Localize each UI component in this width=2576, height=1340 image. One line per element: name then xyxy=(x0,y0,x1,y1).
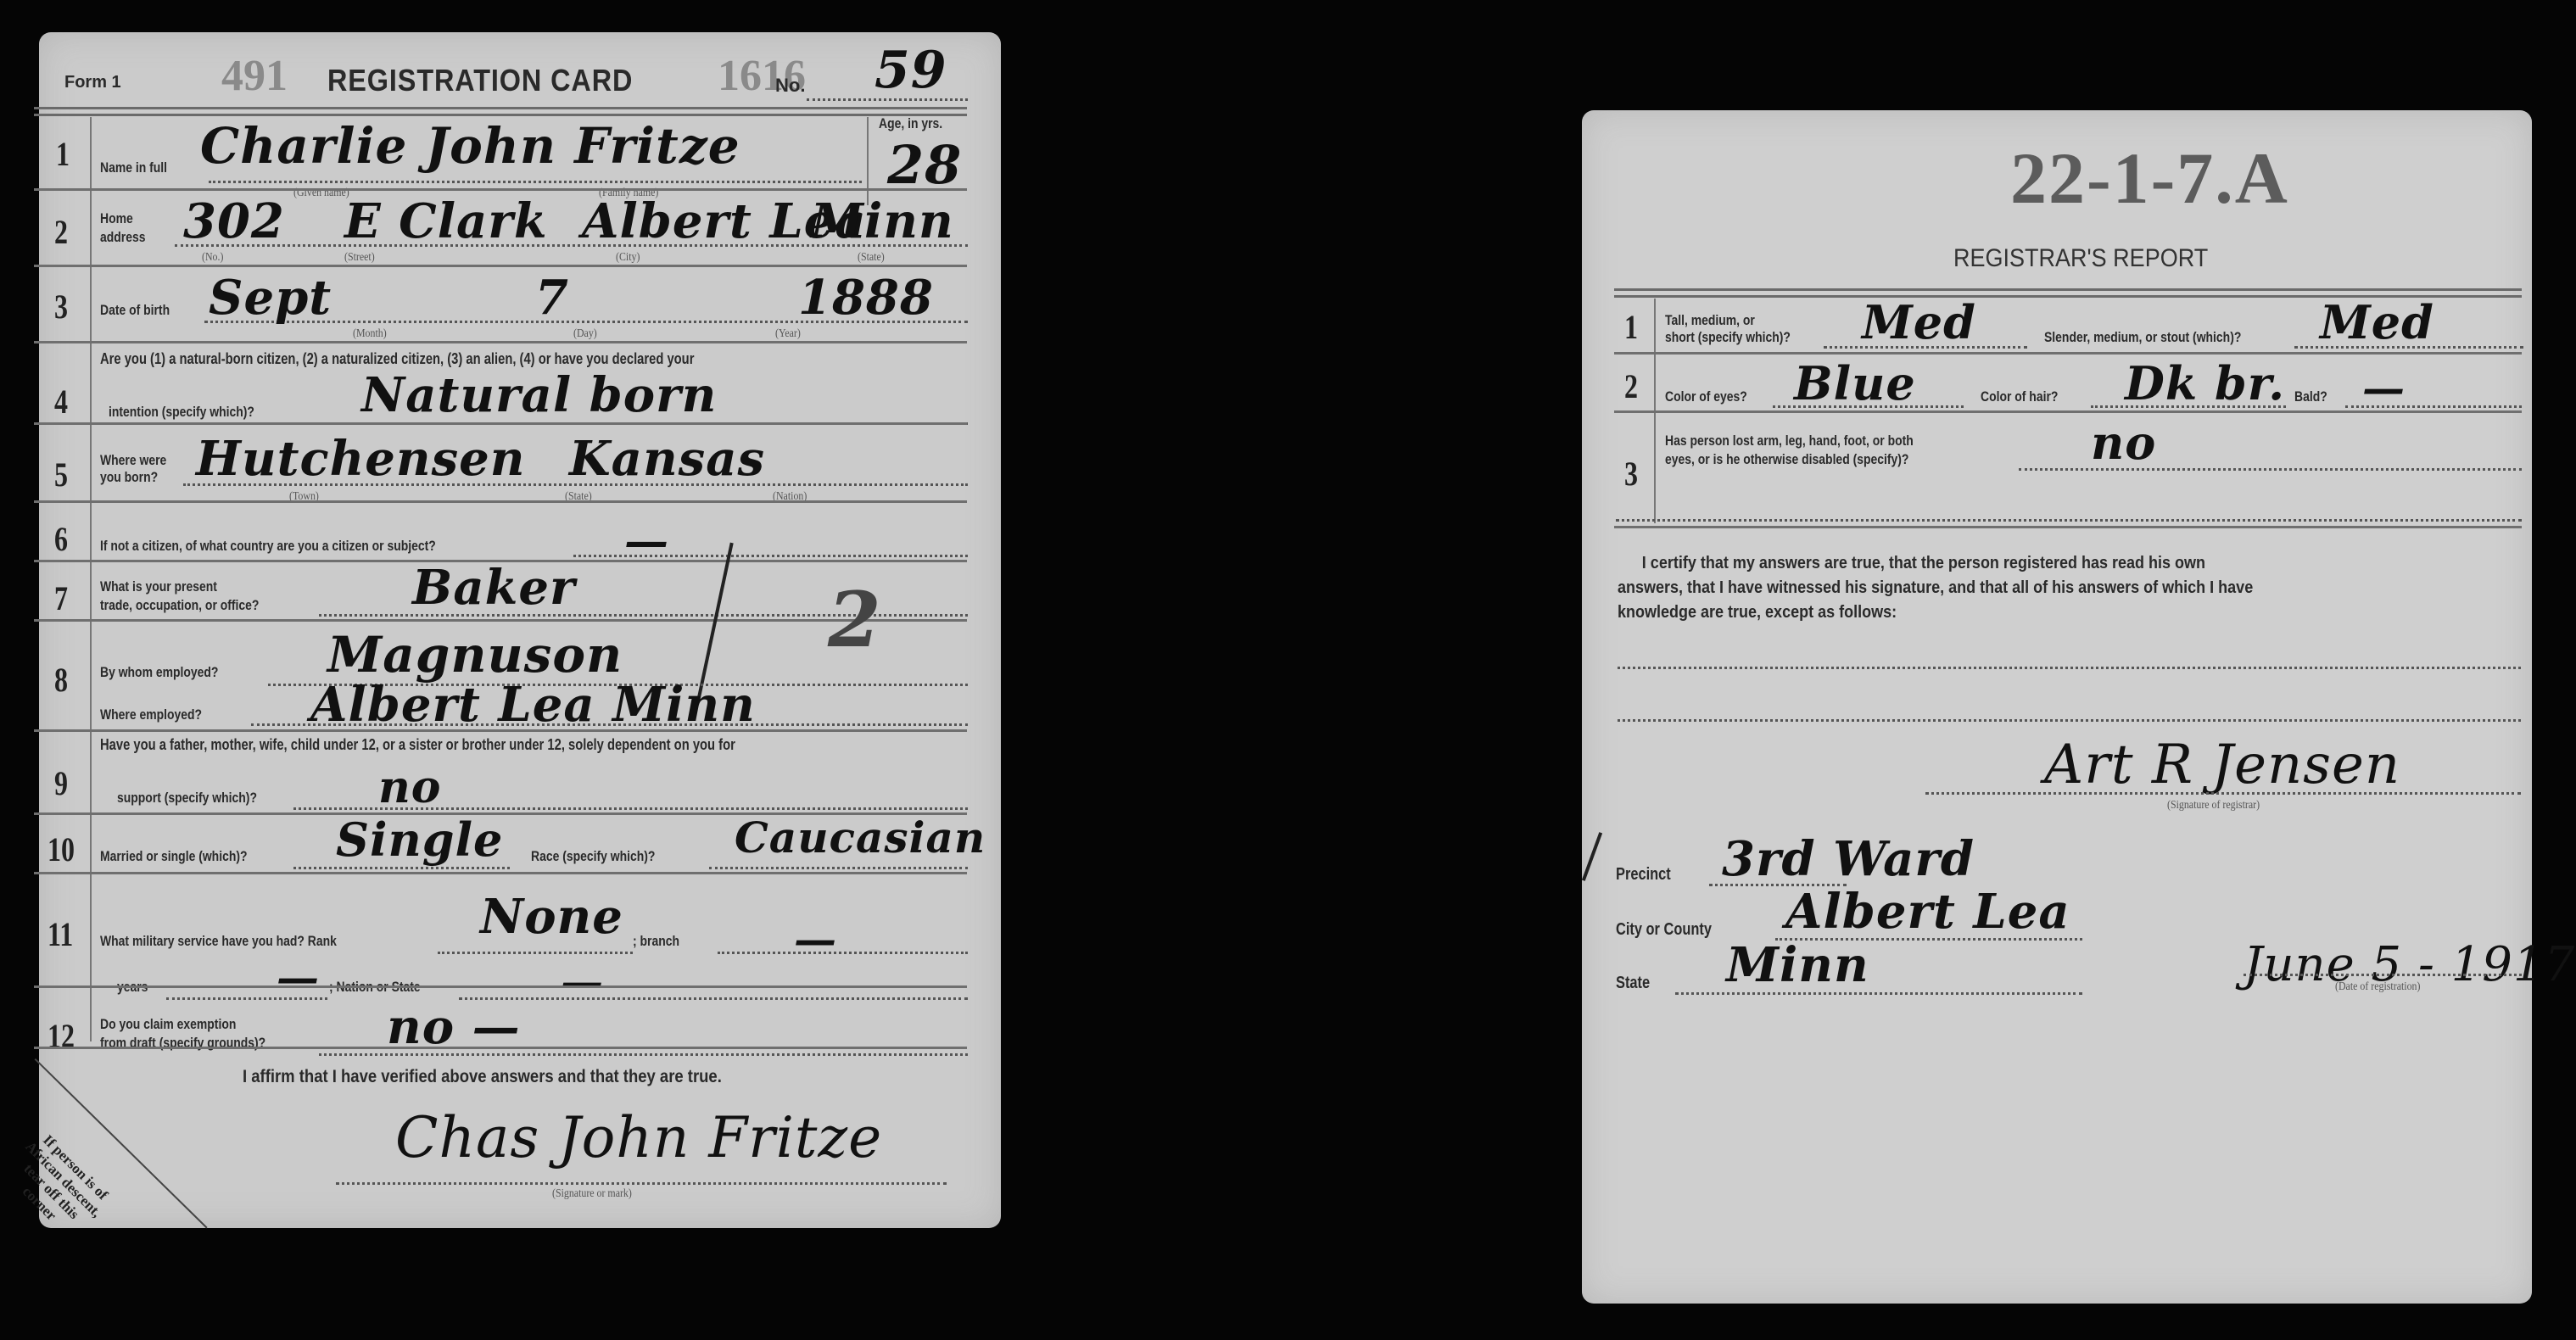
build-value: Med xyxy=(2320,295,2434,349)
row-number: 5 xyxy=(54,455,68,494)
month-caption: (Month) xyxy=(353,327,387,341)
form-label: Form 1 xyxy=(64,73,121,92)
hair-color-label: Color of hair? xyxy=(1981,388,2058,405)
registrar-signature: Art R Jensen xyxy=(2044,734,2400,796)
exemption-label-1: Do you claim exemption xyxy=(100,1016,236,1033)
height-label-1: Tall, medium, or xyxy=(1665,312,1755,329)
row-number: 11 xyxy=(47,914,73,954)
bald-value: — xyxy=(2362,363,2406,413)
country-label: If not a citizen, of what country are yo… xyxy=(100,538,436,555)
state-label: State xyxy=(1616,974,1650,993)
marital-status-value: Single xyxy=(336,812,503,867)
citizenship-intention-label: intention (specify which)? xyxy=(109,404,254,421)
disability-value: no xyxy=(2091,416,2156,470)
card-title: REGISTRATION CARD xyxy=(327,63,633,98)
dependents-question-label: Have you a father, mother, wife, child u… xyxy=(100,736,735,754)
address-street-value: E Clark xyxy=(344,193,548,249)
occupation-value: Baker xyxy=(412,560,576,616)
row-number: 3 xyxy=(1624,454,1638,494)
row-number: 6 xyxy=(54,519,68,559)
registrant-signature: Chas John Fritze xyxy=(395,1105,882,1170)
day-caption: (Day) xyxy=(573,327,597,341)
row-number: 1 xyxy=(1624,307,1638,347)
date-of-birth-label: Date of birth xyxy=(100,302,170,319)
no-label: No. xyxy=(775,75,805,97)
precinct-value: 3rd Ward xyxy=(1722,831,1975,887)
employer-value: Magnuson xyxy=(327,626,623,684)
military-branch-label: ; branch xyxy=(633,933,679,950)
state-caption: (State) xyxy=(858,251,885,265)
birthplace-label-1: Where were xyxy=(100,452,166,469)
height-label-2: short (specify which)? xyxy=(1665,329,1791,346)
city-label: City or County xyxy=(1616,920,1712,940)
address-number-value: 302 xyxy=(183,193,285,249)
occupation-label-2: trade, occupation, or office? xyxy=(100,597,259,614)
build-label: Slender, medium, or stout (which)? xyxy=(2044,329,2241,346)
exceptions-line-1 xyxy=(1618,667,2521,669)
hair-color-value: Dk br. xyxy=(2125,356,2285,410)
city-value: Albert Lea xyxy=(1785,884,2070,940)
row-number: 9 xyxy=(54,763,68,803)
row-number: 7 xyxy=(54,578,68,618)
military-rank-label: What military service have you had? Rank xyxy=(100,933,337,950)
employment-place-value: Albert Lea Minn xyxy=(310,677,756,733)
military-rank-value: None xyxy=(480,889,623,945)
registration-card-front: Form 1 491 REGISTRATION CARD 1616 No. 59… xyxy=(39,32,1001,1228)
height-value: Med xyxy=(1862,295,1976,349)
serial-number: 59 xyxy=(874,41,947,100)
race-value: Caucasian xyxy=(735,812,986,863)
street-caption: (Street) xyxy=(344,251,375,265)
exemption-label-2: from draft (specify grounds)? xyxy=(100,1035,265,1052)
employment-place-label: Where employed? xyxy=(100,706,202,723)
number-column-divider xyxy=(90,117,92,1041)
certification-text: I certify that my answers are true, that… xyxy=(1618,551,2253,625)
signature-caption: (Signature or mark) xyxy=(552,1187,632,1201)
tear-off-corner-note: If person is of African descent, tear of… xyxy=(0,1126,116,1245)
registrar-signature-caption: (Signature of registrar) xyxy=(2167,799,2260,812)
affirmation-text: I affirm that I have verified above answ… xyxy=(243,1067,722,1087)
occupation-label-1: What is your present xyxy=(100,578,217,595)
registrars-report-card: 22-1-7.A REGISTRAR'S REPORT 1 Tall, medi… xyxy=(1582,110,2532,1304)
row-number: 1 xyxy=(56,134,70,174)
military-nation-value: — xyxy=(561,957,604,1007)
birthplace-label-2: you born? xyxy=(100,469,158,486)
eye-color-label: Color of eyes? xyxy=(1665,388,1747,405)
age-label: Age, in yrs. xyxy=(879,115,942,132)
row-number: 10 xyxy=(47,829,75,869)
year-caption: (Year) xyxy=(775,327,801,341)
marital-status-label: Married or single (which)? xyxy=(100,848,248,865)
row-number: 4 xyxy=(54,382,68,422)
citizenship-question-label: Are you (1) a natural-born citizen, (2) … xyxy=(100,350,694,368)
exceptions-line-2 xyxy=(1618,719,2521,722)
disability-label-1: Has person lost arm, leg, hand, foot, or… xyxy=(1665,433,1914,449)
dependents-support-label: support (specify which)? xyxy=(117,790,257,807)
birth-day-value: 7 xyxy=(535,270,569,326)
margin-number-mark: 2 xyxy=(828,575,882,665)
age-column-divider xyxy=(867,117,869,205)
stamp-left: 491 xyxy=(221,51,288,101)
city-caption: (City) xyxy=(616,251,640,265)
name-label: Name in full xyxy=(100,159,167,176)
row-number: 2 xyxy=(1624,366,1638,406)
bald-label: Bald? xyxy=(2294,388,2327,405)
registration-date-caption: (Date of registration) xyxy=(2335,980,2420,994)
row-number: 3 xyxy=(54,287,68,327)
precinct-label: Precinct xyxy=(1616,865,1671,885)
check-mark xyxy=(1582,832,1602,881)
number-caption: (No.) xyxy=(202,251,223,265)
military-years-value: — xyxy=(277,952,320,1002)
military-branch-value: — xyxy=(794,914,837,964)
header-rule xyxy=(1614,288,2522,291)
address-state-value: Minn xyxy=(811,193,954,249)
age-value: 28 xyxy=(887,134,962,196)
birth-town-value: Hutchensen xyxy=(196,431,526,487)
home-label: Home xyxy=(100,210,133,227)
birth-state-value: Kansas xyxy=(569,431,765,487)
row-number: 2 xyxy=(54,212,68,252)
dependents-value: no xyxy=(378,762,442,813)
disability-label-2: eyes, or is he otherwise disabled (speci… xyxy=(1665,451,1908,468)
citizenship-value: Natural born xyxy=(361,367,717,423)
birth-month-value: Sept xyxy=(209,270,332,326)
eye-color-value: Blue xyxy=(1794,356,1916,410)
row-number: 8 xyxy=(54,660,68,700)
report-title: REGISTRAR'S REPORT xyxy=(1953,244,2208,273)
address-label: address xyxy=(100,229,145,246)
header-rule xyxy=(34,107,967,109)
birth-year-value: 1888 xyxy=(798,270,934,326)
employer-label: By whom employed? xyxy=(100,664,218,681)
stamp-number: 22-1-7.A xyxy=(2010,136,2289,221)
row-number: 12 xyxy=(47,1016,75,1056)
name-value: Charlie John Fritze xyxy=(200,117,740,175)
state-value: Minn xyxy=(1726,937,1869,993)
race-label: Race (specify which)? xyxy=(531,848,655,865)
